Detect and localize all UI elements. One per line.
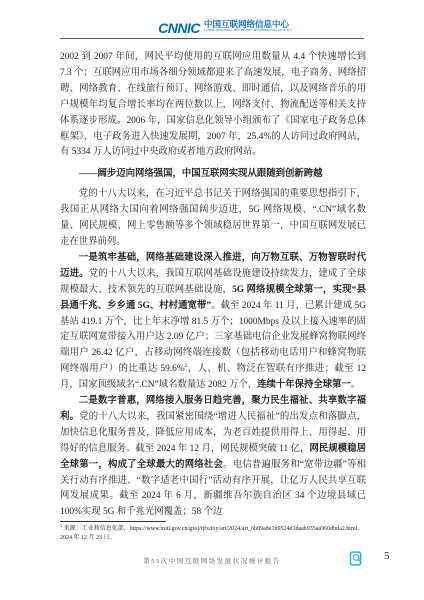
cnnic-wordmark: CNNIC — [158, 21, 200, 35]
footnote-divider — [60, 521, 166, 522]
report-magnifier-icon — [349, 551, 364, 566]
body-paragraphs: 2002 到 2007 年间，网民平均使用的互联网应用数量从 4.4 个快速增长… — [60, 50, 366, 521]
text-run: 党的十八大以来，在习近平总书记关于网络强国的重要思想指引下，我国正从网络大国向着… — [60, 189, 366, 247]
footnote-marker: 2 — [60, 523, 62, 528]
text-run: ——阔步迈向网络强国，中国互联网实现从跟随到创新跨越 — [79, 169, 323, 179]
paragraph: 二是数字普惠，网络接入服务日趋完善，聚力民生福祉、共享数字福利。党的十八大以来，… — [60, 394, 366, 521]
page-number: 5 — [384, 550, 390, 562]
org-name-cn: 中国互联网络信息中心 — [204, 20, 289, 29]
footnote-text: 来源：工业和信息化部，https://www.miit.gov.cn/gxsj/… — [60, 526, 363, 541]
org-name-en: CHINA INTERNET NETWORK INFORMATION CENTE… — [204, 29, 292, 32]
cnnic-logo: CNNIC 中国互联网络信息中心 CHINA INTERNET NETWORK … — [158, 20, 364, 35]
text-run: 2002 到 2007 年间，网民平均使用的互联网应用数量从 4.4 个快速增长… — [60, 52, 366, 157]
org-name-block: 中国互联网络信息中心 CHINA INTERNET NETWORK INFORM… — [204, 20, 364, 35]
paragraph: 党的十八大以来，在习近平总书记关于网络强国的重要思想指引下，我国正从网络大国向着… — [60, 187, 366, 251]
paragraph: 2002 到 2007 年间，网民平均使用的互联网应用数量从 4.4 个快速增长… — [60, 50, 366, 161]
section-heading: ——阔步迈向网络强国，中国互联网实现从跟随到创新跨越 — [60, 167, 366, 183]
document-page: CNNIC 中国互联网络信息中心 CHINA INTERNET NETWORK … — [0, 0, 424, 600]
footnote-area: 2 来源：工业和信息化部，https://www.miit.gov.cn/gxs… — [60, 521, 366, 542]
text-run: 连续十年保持全球第一 — [257, 380, 351, 390]
page-header: CNNIC 中国互联网络信息中心 CHINA INTERNET NETWORK … — [60, 20, 364, 39]
footnote: 2 来源：工业和信息化部，https://www.miit.gov.cn/gxs… — [60, 525, 366, 542]
text-run: 。 — [351, 380, 360, 390]
paragraph: 一是筑牢基础，网络基础建设深入推进，向万物互联、万物智联时代迈进。党的十八大以来… — [60, 251, 366, 394]
